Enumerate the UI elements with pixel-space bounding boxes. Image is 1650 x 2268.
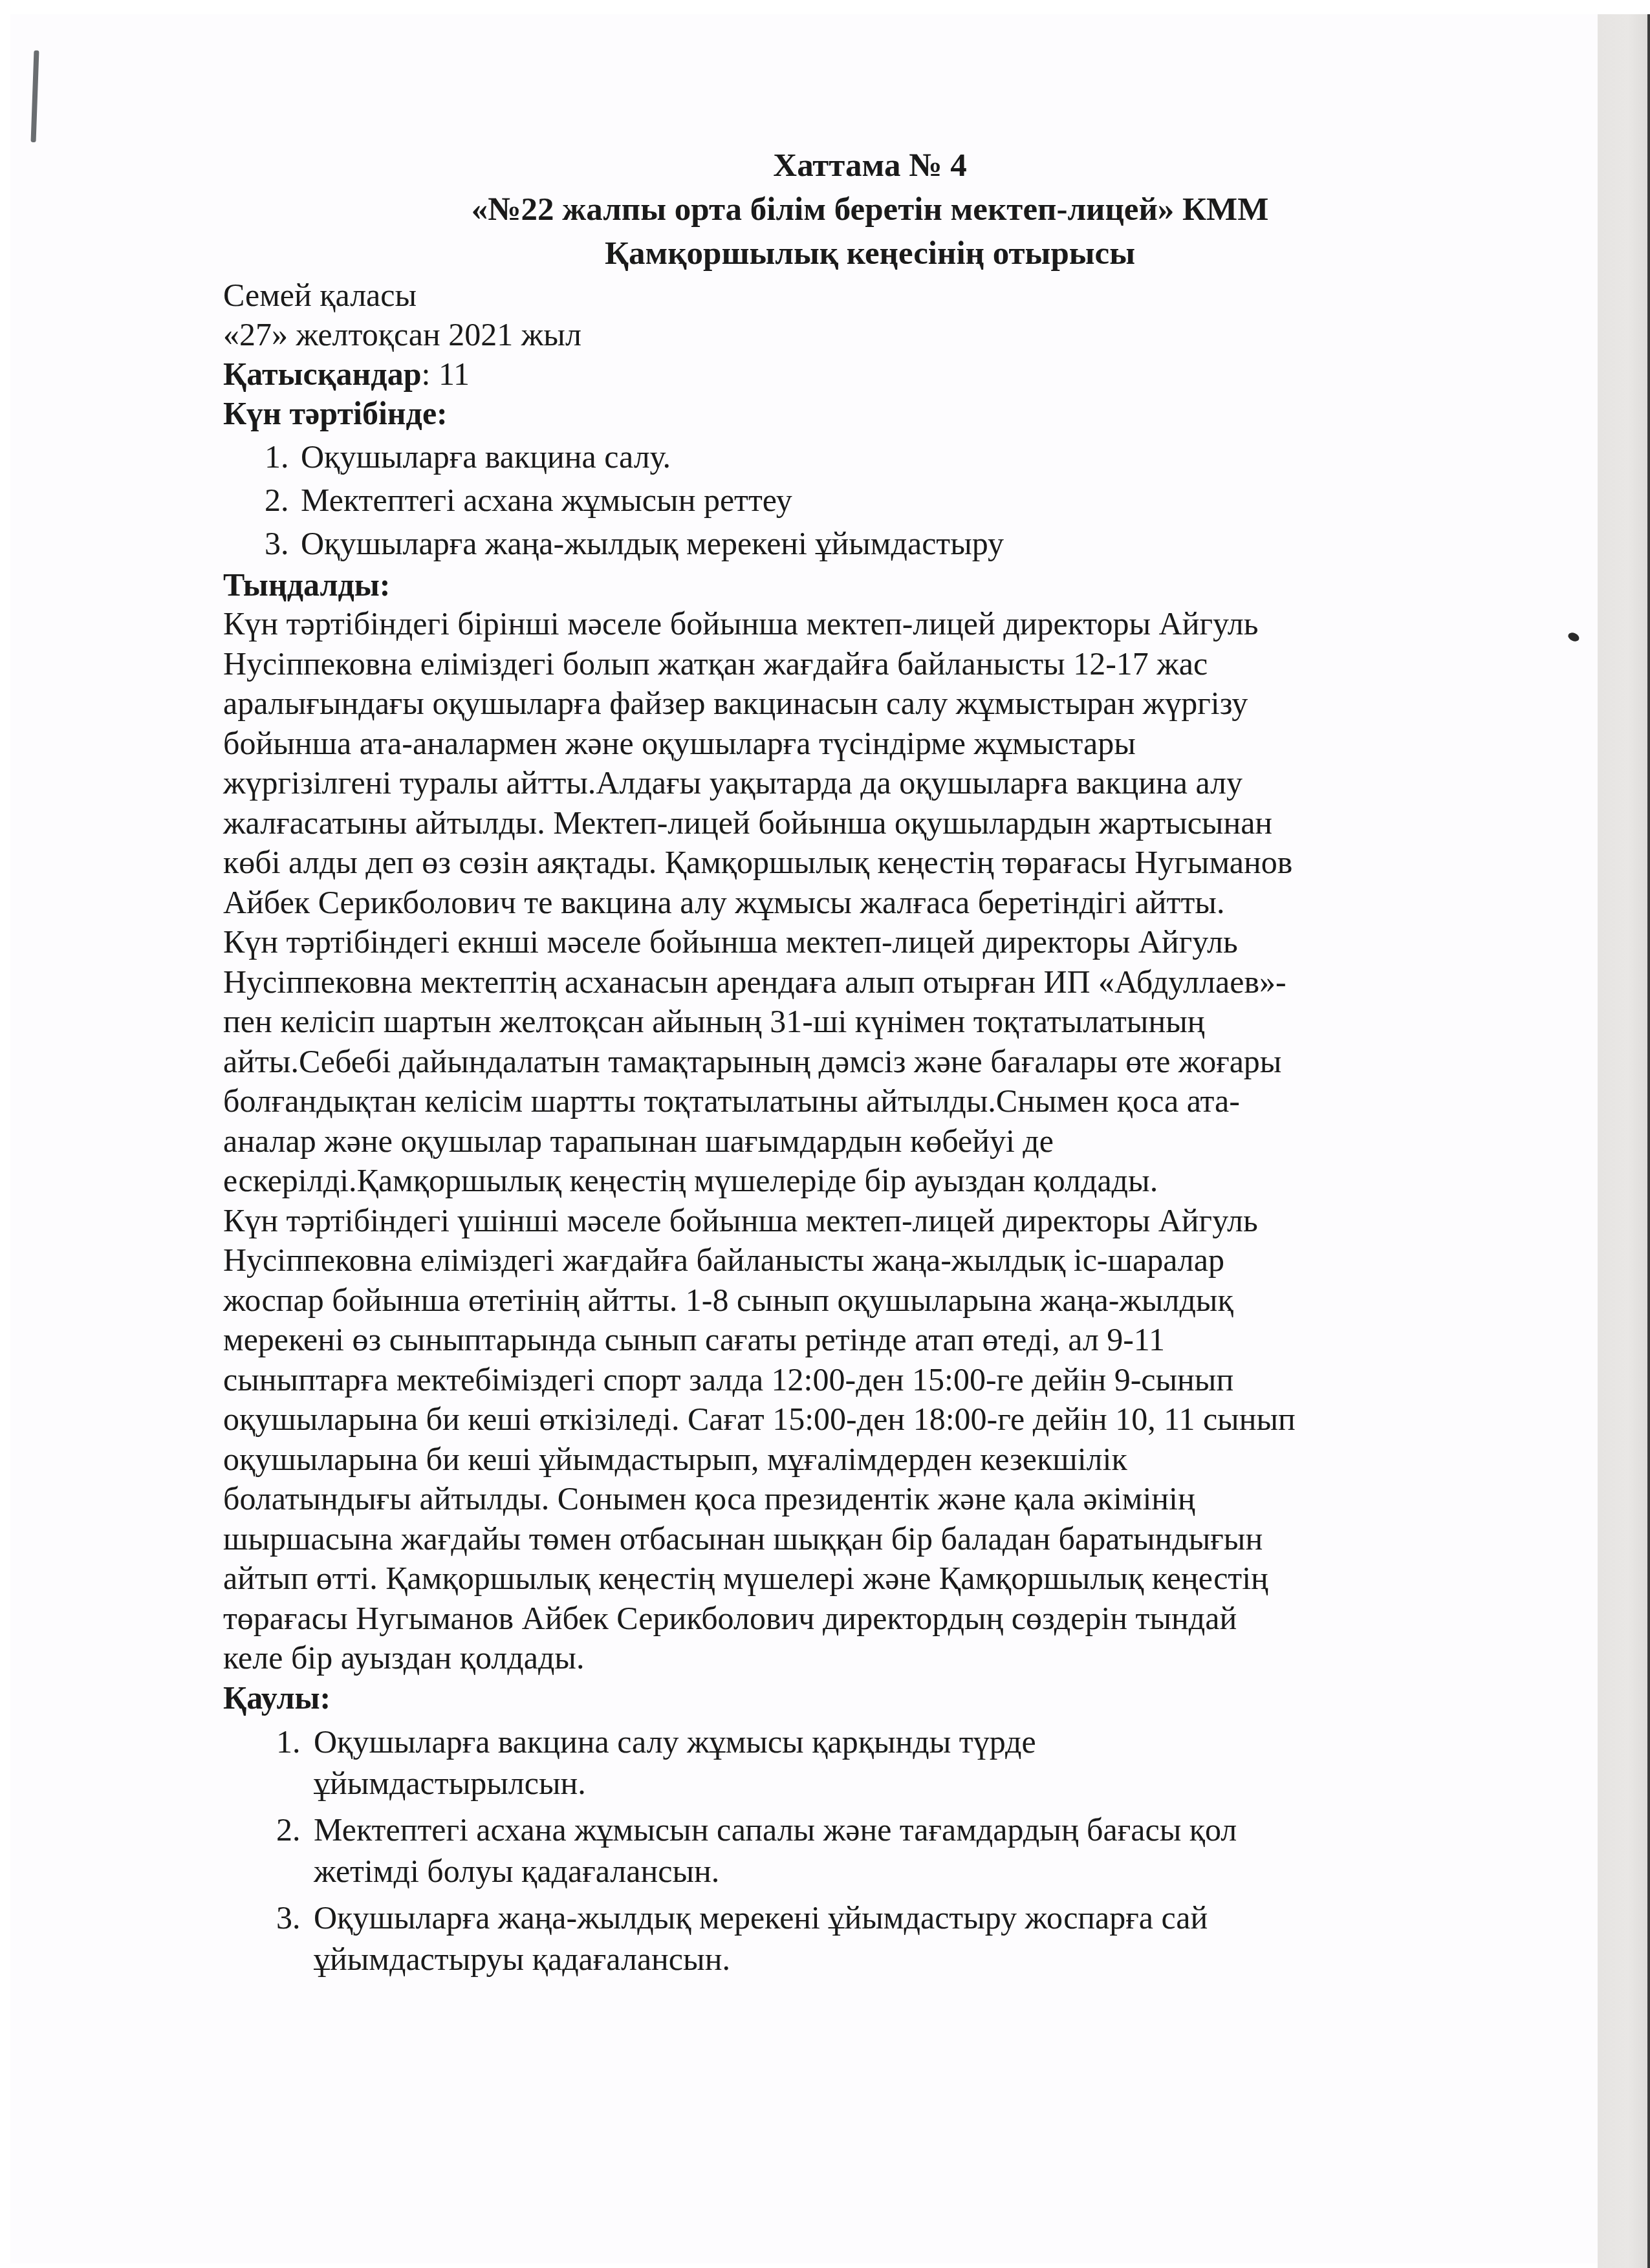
body-line: жүргізілгені туралы айтты.Алдағы уақытар… <box>223 763 1491 803</box>
body-line: көбі алды деп өз сөзін аяқтады. Қамқоршы… <box>223 843 1491 883</box>
meeting-title: Қамқоршылық кеңесінің отырысы <box>223 232 1517 275</box>
agenda-list: Оқушыларға вакцина салу. Мектептегі асха… <box>223 435 1491 565</box>
body-line: оқушыларына би кеші өткізіледі. Сағат 15… <box>223 1399 1491 1440</box>
body-line: ескерілді.Қамқоршылық кеңестің мүшелерід… <box>223 1161 1491 1201</box>
resolution-line: Оқушыларға жаңа-жылдық мерекені ұйымдаст… <box>314 1897 1491 1938</box>
resolution-line: Мектептегі асхана жұмысын сапалы және та… <box>314 1809 1491 1850</box>
body-line: Күн тәртібіндегі бірінші мәселе бойынша … <box>223 604 1491 644</box>
resolution-line: ұйымдастырылсын. <box>314 1762 1491 1804</box>
body-line: жоспар бойынша өтетінің айтты. 1-8 сынып… <box>223 1280 1491 1321</box>
document-title-block: Хаттама № 4 «№22 жалпы орта білім береті… <box>223 144 1517 275</box>
attendees-label: Қатысқандар <box>223 356 421 392</box>
attendees-line: Қатысқандар: 11 <box>223 354 1491 394</box>
organization-title: «№22 жалпы орта білім беретін мектеп-лиц… <box>223 188 1517 232</box>
scanner-edge-strip <box>1598 14 1648 2268</box>
body-line: төрағасы Нугыманов Айбек Серикболович ди… <box>223 1599 1491 1639</box>
body-line: Нусіппековна мектептің асханасын арендағ… <box>223 962 1491 1002</box>
body-line: Нусіппековна еліміздегі жағдайға байланы… <box>223 1240 1491 1280</box>
city-line: Семей қаласы <box>223 275 1491 315</box>
body-line: шыршасына жағдайы төмен отбасынан шыққан… <box>223 1519 1491 1559</box>
body-line: сыныптарға мектебіміздегі спорт залда 12… <box>223 1360 1491 1400</box>
body-line: аналар және оқушылар тарапынан шағымдард… <box>223 1121 1491 1161</box>
agenda-item: Оқушыларға жаңа-жылдық мерекені ұйымдаст… <box>301 522 1491 565</box>
body-line: Айбек Серикболович те вакцина алу жұмысы… <box>223 883 1491 923</box>
body-line: Күн тәртібіндегі екнші мәселе бойынша ме… <box>223 922 1491 962</box>
body-line: болатындығы айтылды. Сонымен қоса презид… <box>223 1479 1491 1519</box>
scanner-edge-shadow <box>1647 14 1650 2268</box>
attendees-count: : 11 <box>421 356 470 392</box>
body-line: оқушыларына би кеші ұйымдастырып, мұғалі… <box>223 1440 1491 1480</box>
resolution-heading: Қаулы: <box>223 1678 1491 1717</box>
body-line: Нусіппековна еліміздегі болып жатқан жағ… <box>223 644 1491 684</box>
date-line: «27» желтоқсан 2021 жыл <box>223 315 1491 354</box>
resolution-item: Оқушыларға вакцина салу жұмысы қарқынды … <box>314 1721 1491 1804</box>
agenda-heading: Күн тәртібінде: <box>223 394 1491 433</box>
protocol-title: Хаттама № 4 <box>223 144 1517 188</box>
body-line: айты.Себебі дайындалатын тамақтарының дә… <box>223 1042 1491 1082</box>
resolution-item: Оқушыларға жаңа-жылдық мерекені ұйымдаст… <box>314 1897 1491 1980</box>
heard-heading: Тыңдалды: <box>223 565 1491 604</box>
agenda-item: Оқушыларға вакцина салу. <box>301 435 1491 479</box>
body-line: пен келісіп шартын желтоқсан айының 31-ш… <box>223 1002 1491 1042</box>
body-line: жалғасатыны айтылды. Мектеп-лицей бойынш… <box>223 803 1491 843</box>
body-line: аралығындағы оқушыларға файзер вакцинасы… <box>223 684 1491 724</box>
agenda-item: Мектептегі асхана жұмысын реттеу <box>301 479 1491 522</box>
body-line: келе бір ауыздан қолдады. <box>223 1638 1491 1678</box>
body-line: болғандықтан келісім шартты тоқтатылатын… <box>223 1081 1491 1121</box>
heard-body: Күн тәртібіндегі бірінші мәселе бойынша … <box>223 604 1491 1678</box>
scan-top-margin <box>0 0 1650 14</box>
resolution-line: ұйымдастыруы қадағалансын. <box>314 1938 1491 1980</box>
body-line: мерекені өз сыныптарында сынып сағаты ре… <box>223 1320 1491 1360</box>
body-line: Күн тәртібіндегі үшінші мәселе бойынша м… <box>223 1201 1491 1241</box>
body-line: айтып өтті. Қамқоршылық кеңестің мүшелер… <box>223 1559 1491 1599</box>
resolution-line: жетімді болуы қадағалансын. <box>314 1850 1491 1892</box>
body-line: бойынша ата-аналармен және оқушыларға тү… <box>223 724 1491 764</box>
resolution-item: Мектептегі асхана жұмысын сапалы және та… <box>314 1809 1491 1892</box>
resolution-list: Оқушыларға вакцина салу жұмысы қарқынды … <box>223 1721 1491 1980</box>
document-content: Хаттама № 4 «№22 жалпы орта білім береті… <box>223 144 1491 1985</box>
resolution-line: Оқушыларға вакцина салу жұмысы қарқынды … <box>314 1721 1491 1762</box>
